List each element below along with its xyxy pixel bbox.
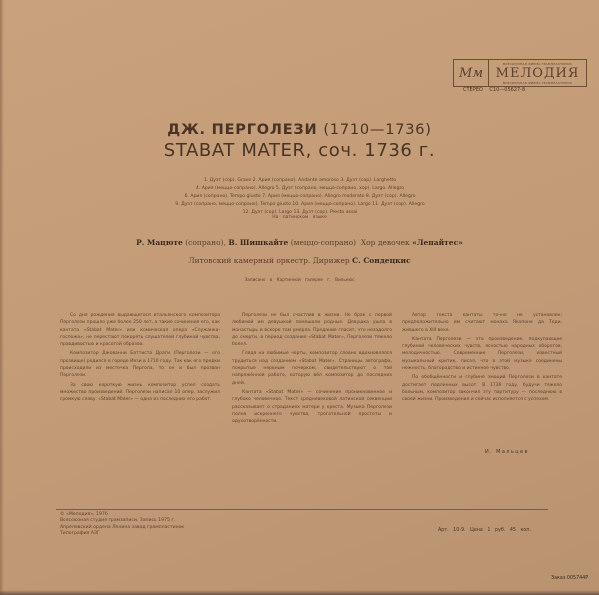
orchestra-name: Литовский камерный оркестр. Дирижер	[188, 256, 349, 265]
notes-paragraph: Перголези не был счастлив в жизни. Не бр…	[232, 312, 392, 348]
notes-paragraph: Кантата Перголези — это произведение, по…	[402, 336, 562, 372]
notes-paragraph: Автор текста кантаты точно не установлен…	[402, 312, 562, 334]
order-number: Заказ 005744Р	[551, 576, 588, 581]
recording-location: Записано в Картинной галерее г. Вильнюс	[0, 277, 599, 282]
catalog-number: С10—05627-8	[489, 87, 525, 93]
track-line: 4. Ария (меццо-сопрано). Allegro 5. Дуэт…	[130, 185, 470, 193]
soloist-2-voice: (меццо-сопрано)	[291, 238, 356, 247]
choir-label: Хор девочек	[361, 238, 410, 247]
soloist-2-name: В. Шишкайте	[228, 238, 288, 247]
choir-name: «Лепайтес»	[412, 238, 463, 247]
sleeve-edge-shadow	[0, 0, 4, 595]
notes-paragraph: По обобщённости и глубине эмоций Перголе…	[402, 374, 562, 403]
price-info: Арт. 10-9. Цена 1 руб. 45 коп.	[438, 528, 531, 533]
footer-divider	[56, 509, 548, 510]
orchestra-line: Литовский камерный оркестр. Дирижер С. С…	[0, 256, 599, 265]
notes-paragraph: За свою короткую жизнь композитор успел …	[60, 382, 220, 404]
performers-line: Р. Мацюте (сопрано), В. Шишкайте (меццо-…	[0, 238, 599, 247]
track-line: 9. Дуэт (сопрано, меццо-сопрано). Tempo …	[130, 201, 470, 209]
melodiya-logo: Мм ВСЕСОЮЗНАЯ ФИРМА ГРАМПЛАСТИНОК МЕЛОДИ…	[453, 59, 587, 87]
logo-text-block: ВСЕСОЮЗНАЯ ФИРМА ГРАМПЛАСТИНОК МЕЛОДИЯ В…	[489, 60, 586, 86]
catalog-info: СТЕРЕО С10—05627-8	[463, 87, 525, 93]
sleeve-bottom-shadow	[0, 590, 599, 595]
stereo-label: СТЕРЕО	[463, 87, 483, 93]
price: Цена 1 руб. 45 коп.	[470, 528, 531, 533]
notes-column-1: Со дня рождения выдающегося итальянского…	[60, 312, 220, 406]
notes-author-signature: И. Мальцев	[485, 449, 529, 455]
composer-name: ДЖ. ПЕРГОЛЕЗИ	[167, 122, 317, 138]
logo-bottom-line: ВСЕСОЮЗНАЯ ФИРМА ГРАМПЛАСТИНОК	[503, 81, 572, 85]
track-list: 1. Дуэт (сор). Grave 2. Ария (сопрано). …	[130, 177, 470, 217]
melodiya-emblem-icon: Мм	[454, 60, 489, 86]
soloist-1-name: Р. Мацюте	[136, 238, 183, 247]
notes-paragraph: Композитор Джованни Баттиста Драги (Перг…	[60, 350, 220, 379]
composer-years: (1710—1736)	[323, 122, 431, 138]
notes-column-3: Автор текста кантаты точно не установлен…	[402, 312, 562, 406]
notes-paragraph: Со дня рождения выдающегося итальянского…	[60, 312, 220, 348]
article-number: Арт. 10-9.	[438, 528, 466, 533]
soloist-1-voice: (сопрано)	[185, 238, 223, 247]
record-sleeve-back: Мм ВСЕСОЮЗНАЯ ФИРМА ГРАМПЛАСТИНОК МЕЛОДИ…	[0, 0, 599, 595]
logo-name: МЕЛОДИЯ	[496, 66, 580, 81]
notes-paragraph: Глядя на любимые черты, композитор словн…	[232, 350, 392, 386]
language-note: На латинском языке	[0, 215, 599, 220]
track-line: 1. Дуэт (сор). Grave 2. Ария (сопрано). …	[130, 177, 470, 185]
conductor-name: С. Сондецкис	[352, 256, 411, 265]
production-credits: © «Мелодия», 1976 Всесоюзная студия грам…	[60, 512, 235, 538]
composer-heading: ДЖ. ПЕРГОЛЕЗИ (1710—1736)	[0, 122, 599, 138]
track-line: 6. Ария (сопрано). Tempo giusto 7. Ария …	[130, 193, 470, 201]
notes-column-2: Перголези не был счастлив в жизни. Не бр…	[232, 312, 392, 427]
credit-line: Типография АЗГ	[60, 531, 235, 537]
notes-paragraph: Кантата «Stabat Mater» — сочинение прони…	[232, 389, 392, 425]
work-title: STABAT MATER, соч. 1736 г.	[0, 140, 599, 161]
